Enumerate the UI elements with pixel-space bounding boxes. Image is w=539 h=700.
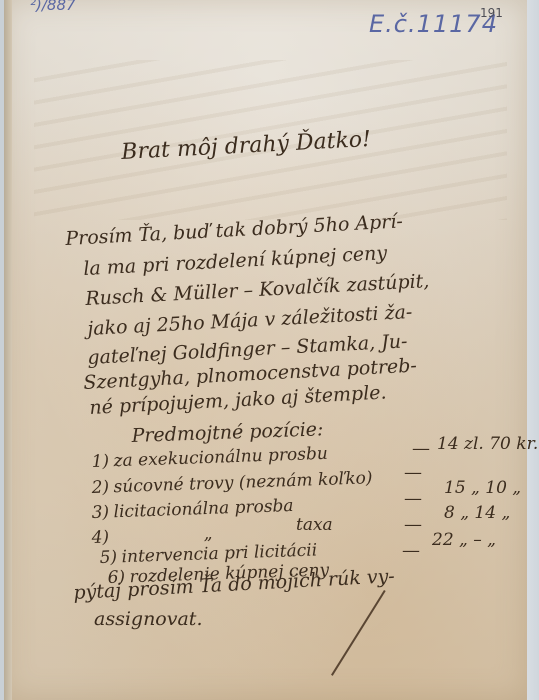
position-amount: 14 zl. 70 kr. bbox=[437, 434, 538, 454]
position-amount: 8 „ 14 „ bbox=[444, 503, 510, 523]
dash-separator: — bbox=[404, 488, 422, 509]
position-item: 2)súcovné trovy (neznám koľko) bbox=[91, 468, 372, 498]
scan-background-margin bbox=[527, 0, 539, 700]
positions-heading: Predmojtné pozície: bbox=[131, 418, 323, 447]
archive-number: ²)/887 bbox=[30, 0, 76, 14]
closing-slash-mark bbox=[331, 590, 385, 676]
position-text: licitacionálna prosba bbox=[113, 496, 294, 522]
catalog-number: E.č.11174 bbox=[369, 10, 498, 38]
position-number: 5) bbox=[99, 547, 122, 568]
position-amount: 22 „ – „ bbox=[432, 530, 496, 550]
paper-edge bbox=[4, 0, 12, 700]
dash-separator: — bbox=[404, 462, 422, 483]
closing-line: assignovat. bbox=[94, 608, 202, 630]
position-amount: 15 „ 10 „ bbox=[444, 478, 521, 498]
position-number: 2) bbox=[91, 477, 114, 498]
position-number: 1) bbox=[91, 451, 114, 472]
dash-separator: — bbox=[402, 540, 420, 561]
page-number: 191 bbox=[480, 6, 503, 20]
position-item: 1)za exekucionálnu prosbu bbox=[91, 444, 328, 472]
position-text: „ bbox=[203, 524, 213, 544]
position-item: 3)licitacionálna prosba bbox=[91, 496, 294, 523]
letter-sheet: ²)/887 E.č.11174 191 Brat môj drahý Ďatk… bbox=[4, 0, 527, 700]
position-extra: taxa bbox=[296, 515, 333, 535]
position-number: 4) bbox=[91, 527, 114, 548]
position-text: súcovné trovy (neznám koľko) bbox=[113, 468, 373, 497]
dash-separator: — bbox=[412, 438, 430, 459]
dash-separator: — bbox=[404, 514, 422, 535]
position-text: za exekucionálnu prosbu bbox=[113, 444, 328, 471]
position-number: 3) bbox=[91, 502, 114, 523]
